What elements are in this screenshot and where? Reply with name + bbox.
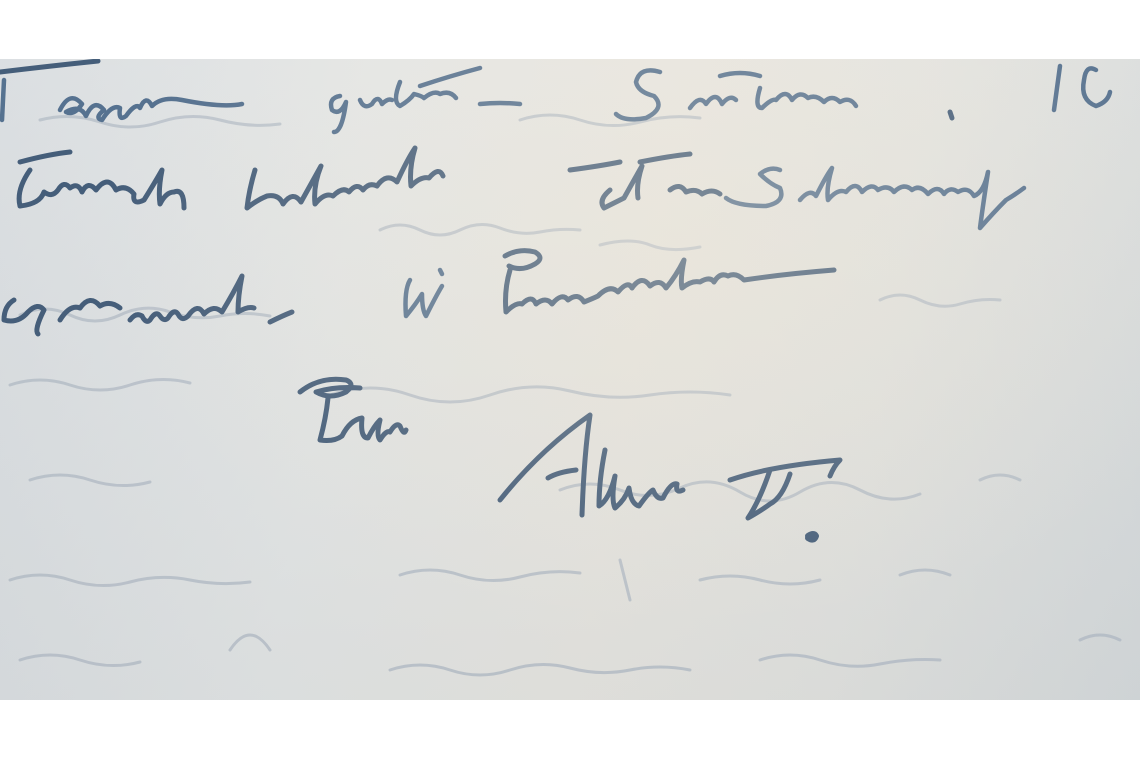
signature-albert [500, 415, 840, 540]
handwriting-line-2 [19, 148, 1024, 228]
handwriting-strokes [0, 59, 1140, 700]
handwriting-line-3 [4, 251, 834, 334]
handwriting-line-1 [2, 66, 1110, 132]
letter-photo: seine guten Seiten. Be frisch beleuchtet… [0, 59, 1140, 700]
bleed-through-writing [10, 115, 1120, 675]
stroke-top-left [0, 61, 98, 72]
